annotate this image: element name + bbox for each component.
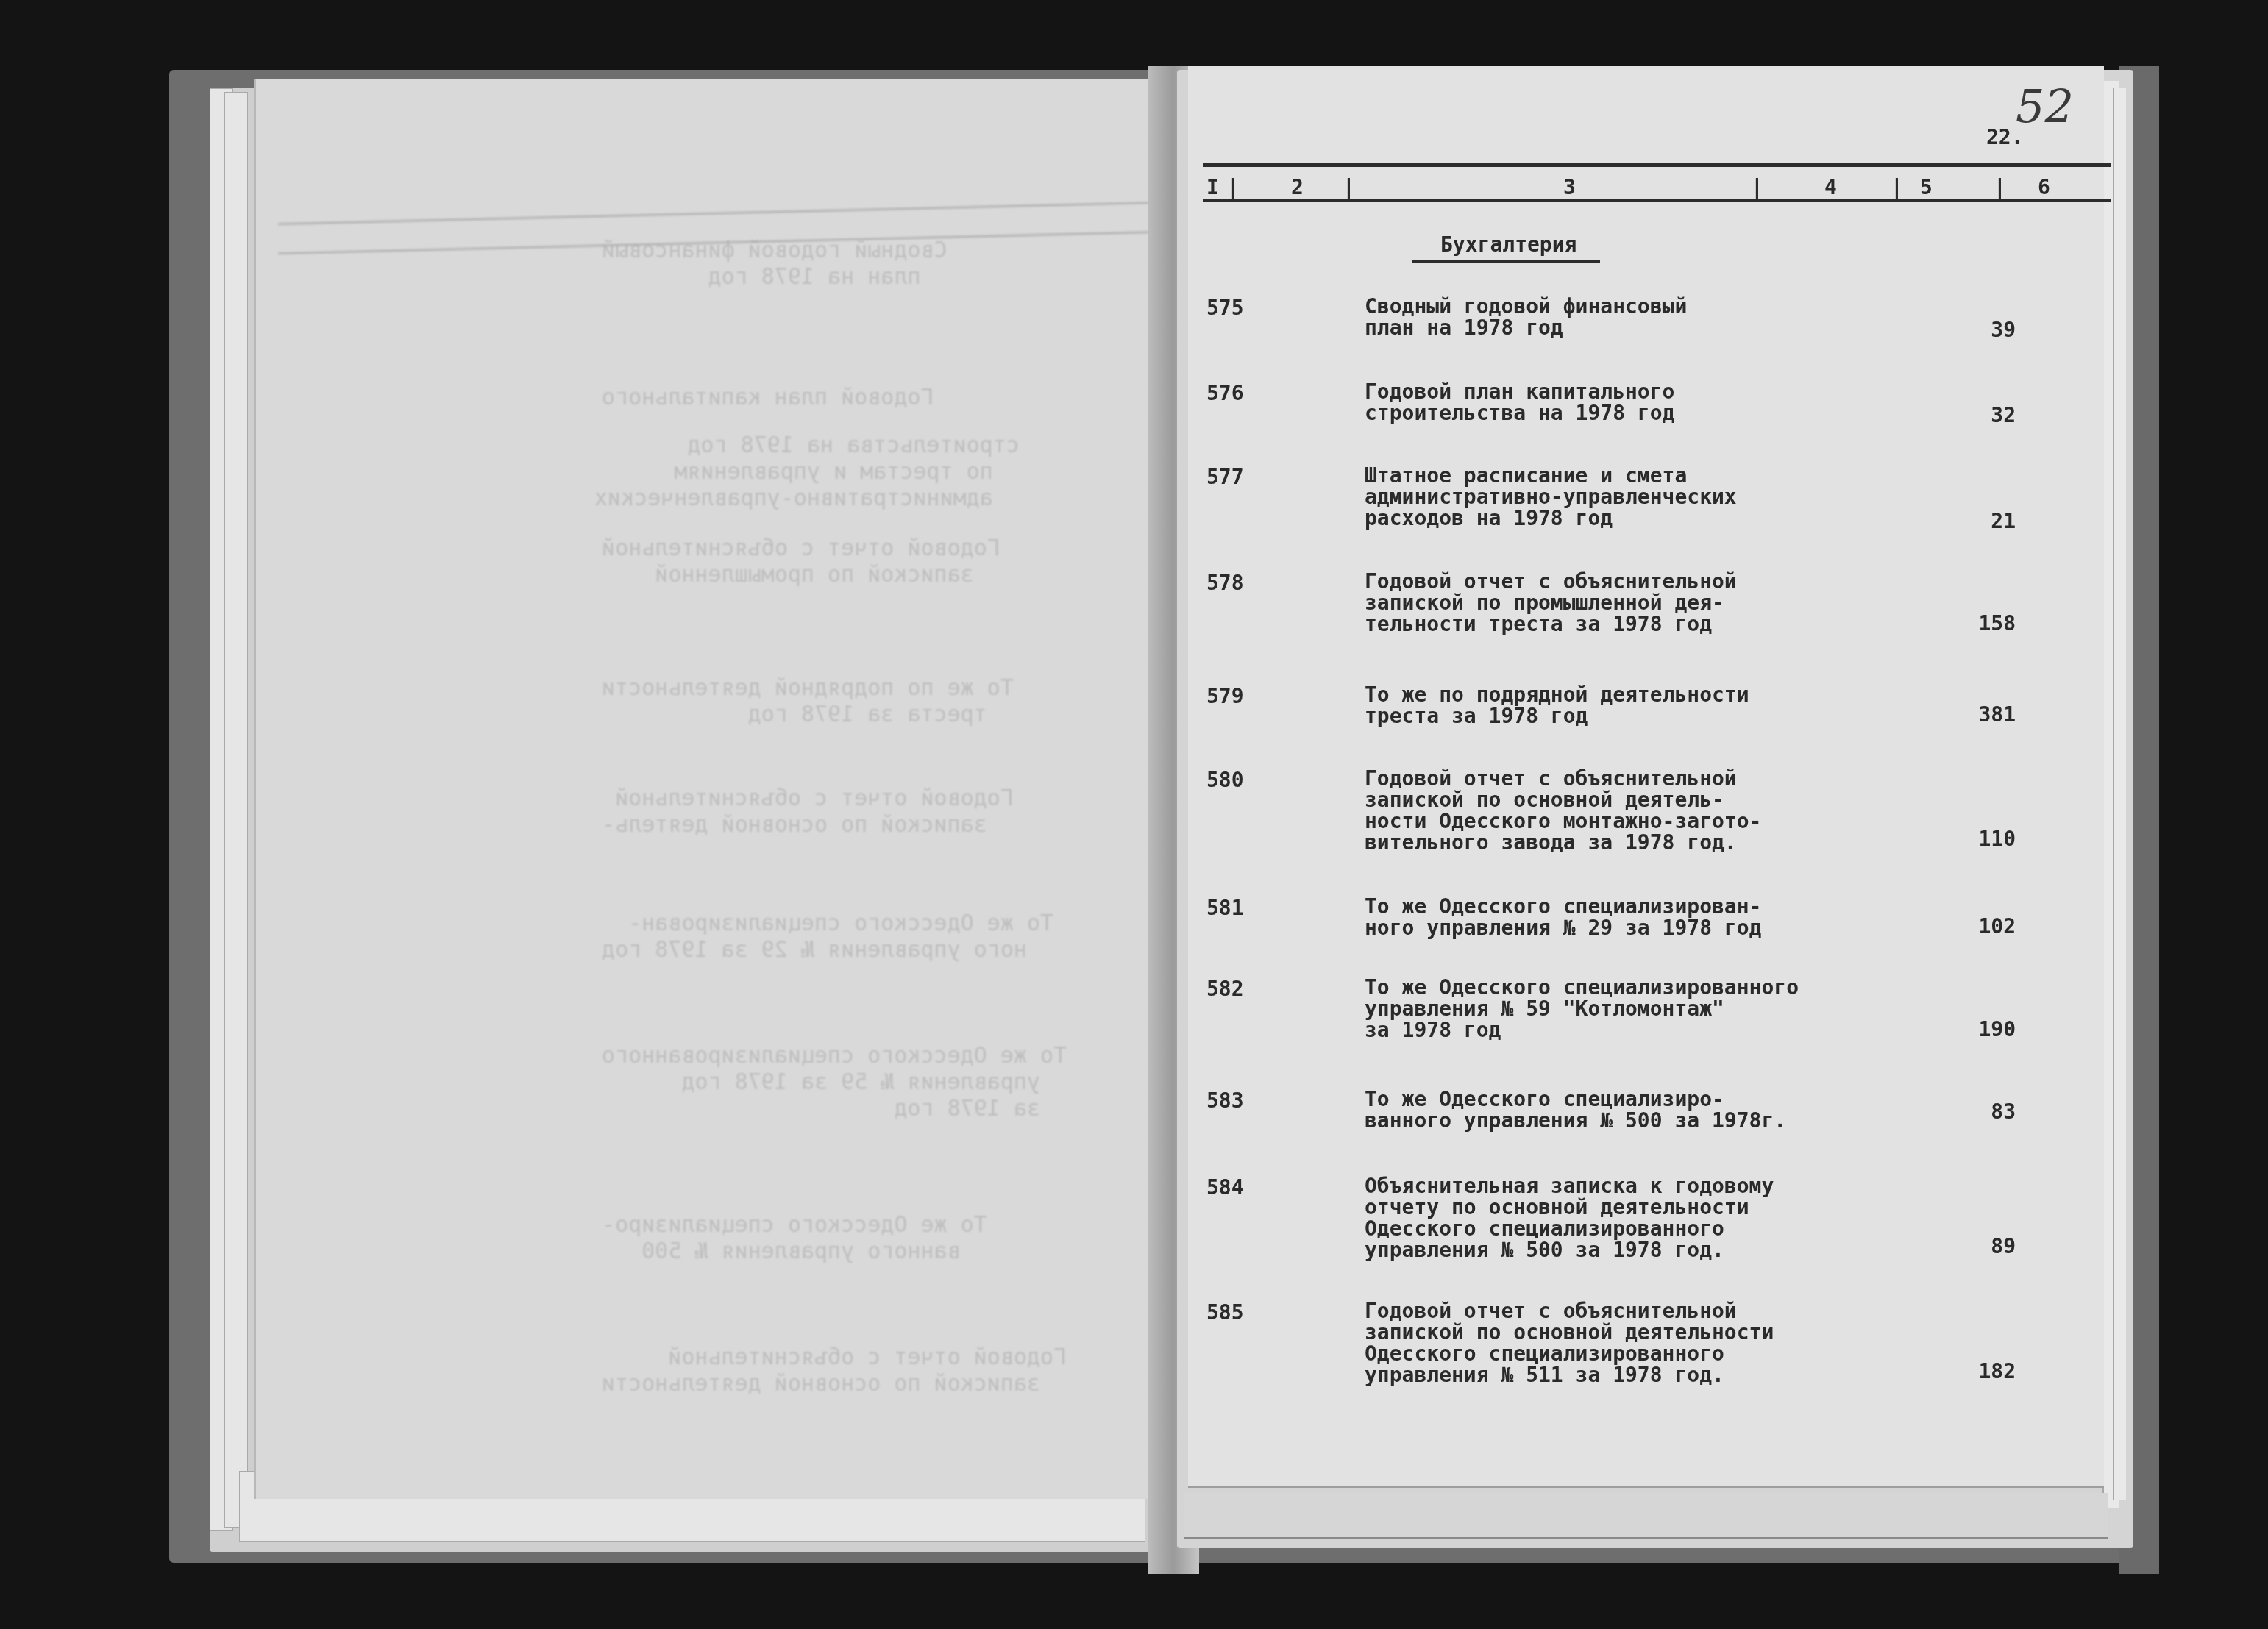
entry-title: Штатное расписание и смета административ…	[1365, 465, 1737, 529]
entry-number: 582	[1206, 977, 1244, 1001]
entry-number: 581	[1206, 896, 1244, 920]
entry-title: То же Одесского специализирован- ного уп…	[1365, 896, 1761, 938]
entry-number: 576	[1206, 381, 1244, 405]
entry-title: Объяснительная записка к годовому отчету…	[1365, 1175, 1774, 1261]
section-title: Бухгалтерия	[1412, 232, 1600, 263]
column-divider: |	[1751, 175, 1763, 199]
column-header-1: I	[1206, 175, 1219, 199]
entry-number: 583	[1206, 1088, 1244, 1113]
page-underlayer	[1184, 1493, 2108, 1539]
column-header-4: 4	[1824, 175, 1837, 199]
entry-sheet-count: 158	[1978, 611, 2016, 635]
entry-sheet-count: 83	[1991, 1099, 2016, 1124]
entry-sheet-count: 110	[1978, 827, 2016, 851]
entry-sheet-count: 182	[1978, 1359, 2016, 1383]
entry-sheet-count: 102	[1978, 914, 2016, 938]
entry-sheet-count: 190	[1978, 1017, 2016, 1041]
entry-title: Сводный годовой финансовый план на 1978 …	[1365, 296, 1687, 338]
page-number: 22.	[1986, 125, 2024, 149]
entry-title: Годовой отчет с объяснительной запиской …	[1365, 768, 1761, 853]
entry-title: Годовой план капитального строительства …	[1365, 381, 1674, 424]
entry-title: Годовой отчет с объяснительной запиской …	[1365, 571, 1737, 635]
entry-number: 579	[1206, 684, 1244, 708]
entry-sheet-count: 32	[1991, 403, 2016, 427]
column-divider: |	[1994, 175, 2006, 199]
entry-sheet-count: 89	[1991, 1234, 2016, 1258]
entry-sheet-count: 381	[1978, 702, 2016, 727]
entry-number: 578	[1206, 571, 1244, 595]
entry-title: То же по подрядной деятельности треста з…	[1365, 684, 1749, 727]
entry-sheet-count: 21	[1991, 509, 2016, 533]
entry-number: 584	[1206, 1175, 1244, 1200]
column-divider: |	[1227, 175, 1240, 199]
column-header-6: 6	[2038, 175, 2050, 199]
entry-number: 575	[1206, 296, 1244, 320]
column-divider: |	[1343, 175, 1355, 199]
column-header-3: 3	[1563, 175, 1576, 199]
left-page-bleed-through: Сводный годовой финансовый план на 1978 …	[254, 79, 1179, 1499]
column-header-5: 5	[1920, 175, 1933, 199]
entry-title: То же Одесского специализиро- ванного уп…	[1365, 1088, 1786, 1131]
handwritten-folio-number: 52	[2016, 79, 2074, 133]
entry-number: 577	[1206, 465, 1244, 489]
entry-title: Годовой отчет с объяснительной запиской …	[1365, 1300, 1774, 1386]
column-divider: |	[1891, 175, 1903, 199]
entry-title: То же Одесского специализированного упра…	[1365, 977, 1799, 1041]
table-header-rule-top	[1203, 163, 2111, 167]
entry-number: 585	[1206, 1300, 1244, 1325]
entry-sheet-count: 39	[1991, 318, 2016, 342]
table-header-rule-bottom	[1203, 199, 2111, 202]
column-header-2: 2	[1291, 175, 1304, 199]
entry-number: 580	[1206, 768, 1244, 792]
page-edge	[2113, 88, 2126, 1500]
